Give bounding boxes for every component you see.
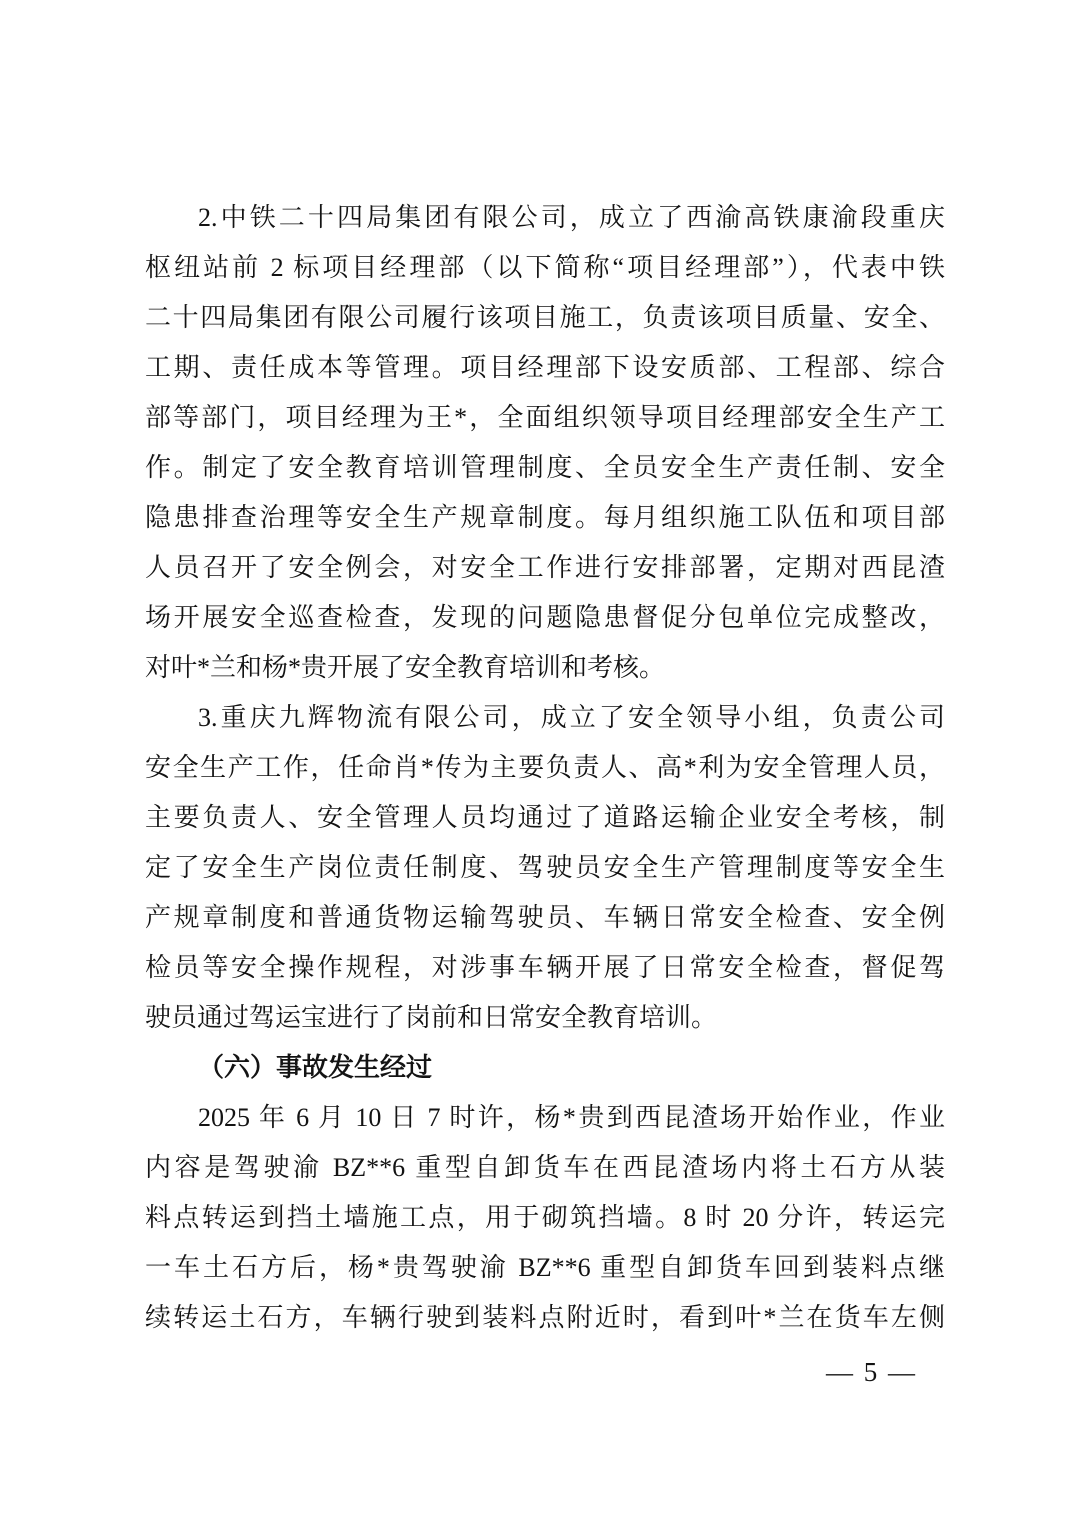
paragraph-line: 工期、责任成本等管理。项目经理部下设安质部、工程部、综合 xyxy=(145,343,945,393)
paragraph-line: 隐患排查治理等安全生产规章制度。每月组织施工队伍和项目部 xyxy=(145,493,945,543)
paragraph-line: 产规章制度和普通货物运输驾驶员、车辆日常安全检查、安全例 xyxy=(145,893,945,943)
paragraph-line: 二十四局集团有限公司履行该项目施工，负责该项目质量、安全、 xyxy=(145,293,945,343)
paragraph-line: 作。制定了安全教育培训管理制度、全员安全生产责任制、安全 xyxy=(145,443,945,493)
page-number: — 5 — xyxy=(826,1357,917,1387)
paragraph-line: 3.重庆九辉物流有限公司，成立了安全领导小组，负责公司 xyxy=(145,693,945,743)
section-heading: （六）事故发生经过 xyxy=(145,1043,945,1093)
paragraph-line: 料点转运到挡土墙施工点，用于砌筑挡墙。8 时 20 分许，转运完 xyxy=(145,1193,945,1243)
paragraph-line: 场开展安全巡查检查，发现的问题隐患督促分包单位完成整改， xyxy=(145,593,945,643)
paragraph-line: 主要负责人、安全管理人员均通过了道路运输企业安全考核，制 xyxy=(145,793,945,843)
page-footer: — 5 — xyxy=(826,1352,917,1392)
paragraph-line: 对叶*兰和杨*贵开展了安全教育培训和考核。 xyxy=(145,643,945,693)
paragraph-line: 驶员通过驾运宝进行了岗前和日常安全教育培训。 xyxy=(145,993,945,1043)
paragraph-line: 续转运土石方，车辆行驶到装料点附近时，看到叶*兰在货车左侧 xyxy=(145,1293,945,1343)
paragraph-line: 2.中铁二十四局集团有限公司，成立了西渝高铁康渝段重庆 xyxy=(145,193,945,243)
paragraph-line: 内容是驾驶渝 BZ**6 重型自卸货车在西昆渣场内将土石方从装 xyxy=(145,1143,945,1193)
paragraph-line: 2025 年 6 月 10 日 7 时许，杨*贵到西昆渣场开始作业，作业 xyxy=(145,1093,945,1143)
paragraph-line: 部等部门，项目经理为王*，全面组织领导项目经理部安全生产工 xyxy=(145,393,945,443)
paragraph-line: 检员等安全操作规程，对涉事车辆开展了日常安全检查，督促驾 xyxy=(145,943,945,993)
paragraph-line: 人员召开了安全例会，对安全工作进行安排部署，定期对西昆渣 xyxy=(145,543,945,593)
paragraph-line: 安全生产工作，任命肖*传为主要负责人、高*利为安全管理人员， xyxy=(145,743,945,793)
document-page: 2.中铁二十四局集团有限公司，成立了西渝高铁康渝段重庆 枢纽站前 2 标项目经理… xyxy=(0,0,1074,1520)
paragraph-line: 枢纽站前 2 标项目经理部（以下简称“项目经理部”），代表中铁 xyxy=(145,243,945,293)
document-body: 2.中铁二十四局集团有限公司，成立了西渝高铁康渝段重庆 枢纽站前 2 标项目经理… xyxy=(145,193,945,1343)
paragraph-line: 定了安全生产岗位责任制度、驾驶员安全生产管理制度等安全生 xyxy=(145,843,945,893)
paragraph-line: 一车土石方后，杨*贵驾驶渝 BZ**6 重型自卸货车回到装料点继 xyxy=(145,1243,945,1293)
